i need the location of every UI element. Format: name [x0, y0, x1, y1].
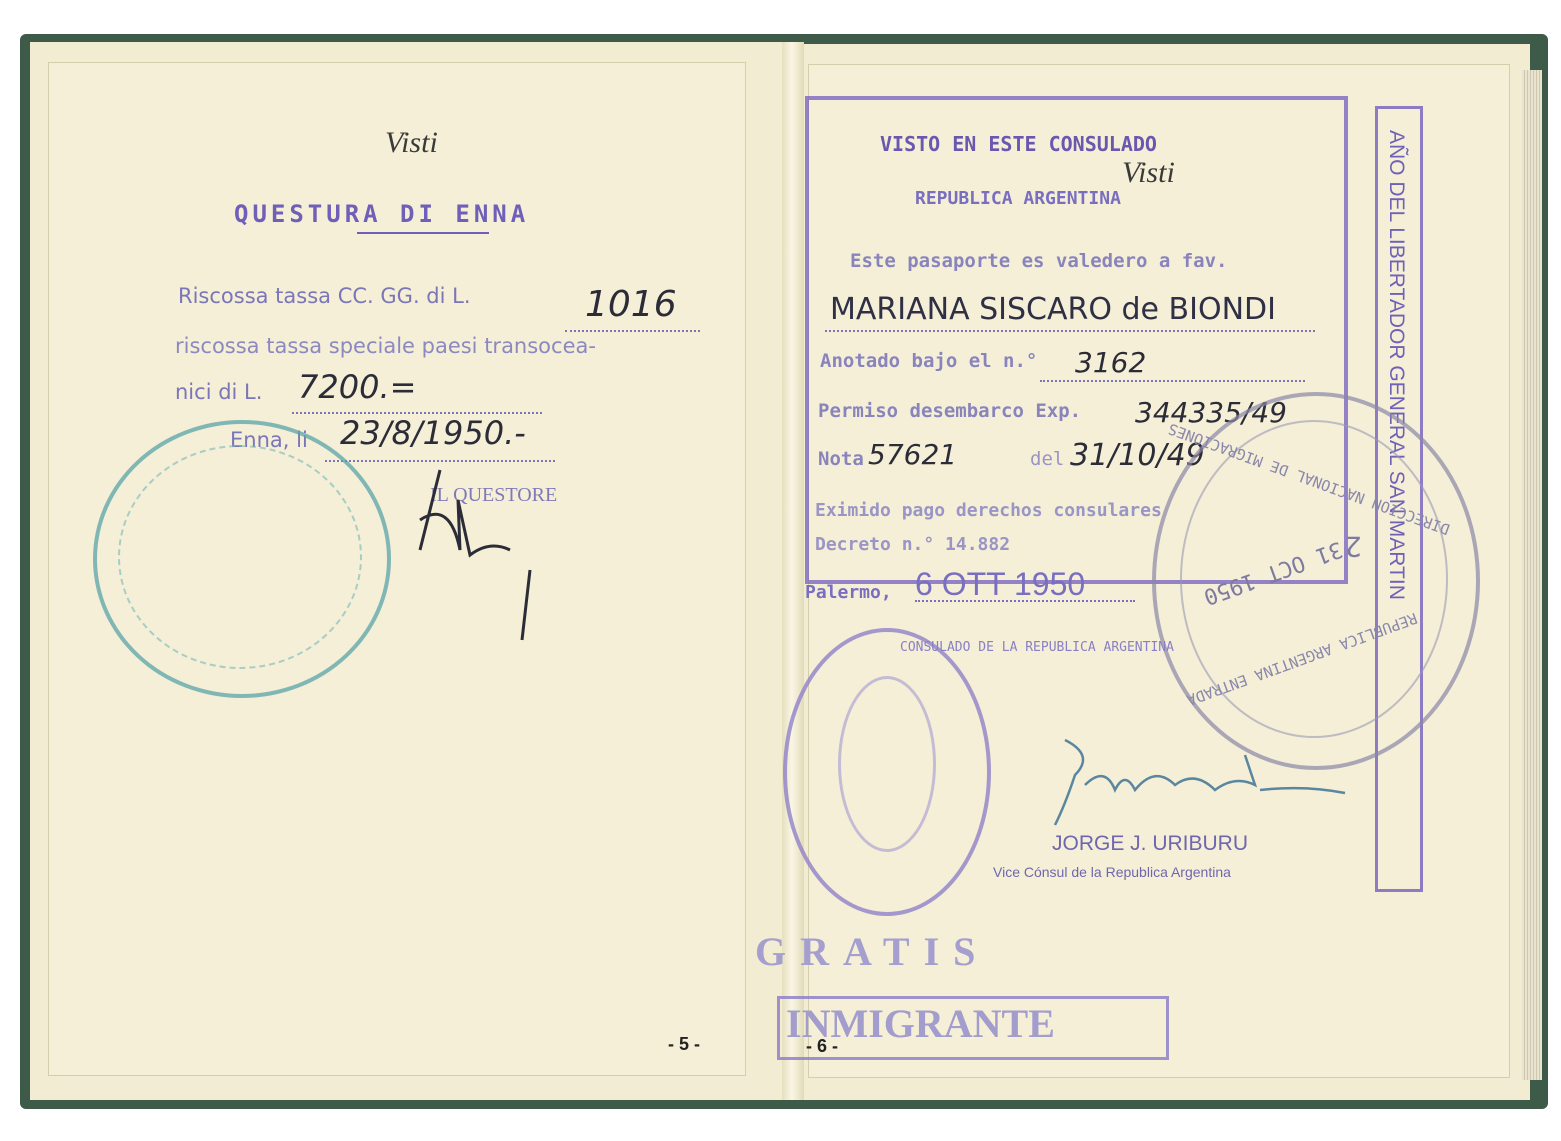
- page-number-right: - 6 -: [806, 1036, 838, 1057]
- holder-name: MARIANA SISCARO de BIONDI: [830, 292, 1276, 327]
- visa-intro: Este pasaporte es valedero a fav.: [850, 250, 1228, 272]
- nota-value: 57621: [868, 438, 957, 471]
- consulate-seal-text: CONSULADO DE LA REPUBLICA ARGENTINA: [900, 640, 1174, 655]
- consul-title: Vice Cónsul de la Republica Argentina: [993, 864, 1231, 880]
- eximido-text: Eximido pago derechos consulares: [815, 500, 1162, 521]
- visa-stamp-line1: VISTO EN ESTE CONSULADO: [880, 132, 1157, 156]
- gratis-stamp: GRATIS: [755, 928, 989, 975]
- del-label: del: [1030, 448, 1064, 470]
- visa-stamp-line2: REPUBLICA ARGENTINA: [915, 188, 1121, 209]
- page-edges: [1522, 70, 1542, 1080]
- fee-line-1-underline: [565, 330, 700, 332]
- questura-seal-inner: [118, 445, 362, 669]
- anotado-underline: [1040, 380, 1305, 382]
- office-underline: [357, 232, 489, 234]
- nota-label: Nota: [818, 448, 864, 470]
- visa-date-underline: [915, 600, 1135, 602]
- consulate-coat-of-arms: [838, 676, 936, 852]
- left-heading: Visti: [385, 126, 438, 160]
- consul-name: JORGE J. URIBURU: [1052, 832, 1248, 856]
- visa-place: Palermo,: [805, 582, 892, 603]
- questore-signature: [410, 460, 580, 650]
- right-heading: Visti: [1122, 156, 1175, 190]
- fee-line-1-value: 1016: [585, 284, 677, 325]
- fee-line-2-label: riscossa tassa speciale paesi transocea-: [175, 334, 596, 358]
- permiso-label: Permiso desembarco Exp.: [818, 400, 1081, 422]
- holder-name-underline: [825, 330, 1315, 332]
- entry-stamp-number: 2: [1345, 530, 1362, 563]
- anotado-label: Anotado bajo el n.°: [820, 350, 1037, 372]
- consul-signature: [1045, 735, 1365, 835]
- fee-line-3-label: nici di L.: [175, 380, 262, 404]
- date-value: 23/8/1950.-: [340, 414, 526, 452]
- page-number-left: - 5 -: [668, 1034, 700, 1055]
- anotado-value: 3162: [1075, 346, 1146, 379]
- decreto-text: Decreto n.° 14.882: [815, 534, 1010, 555]
- visa-date: 6 OTT 1950: [915, 566, 1085, 603]
- fee-line-3-value: 7200.=: [298, 368, 416, 406]
- fee-line-1-label: Riscossa tassa CC. GG. di L.: [178, 284, 471, 308]
- questura-office-stamp: QUESTURA DI ENNA: [234, 200, 529, 228]
